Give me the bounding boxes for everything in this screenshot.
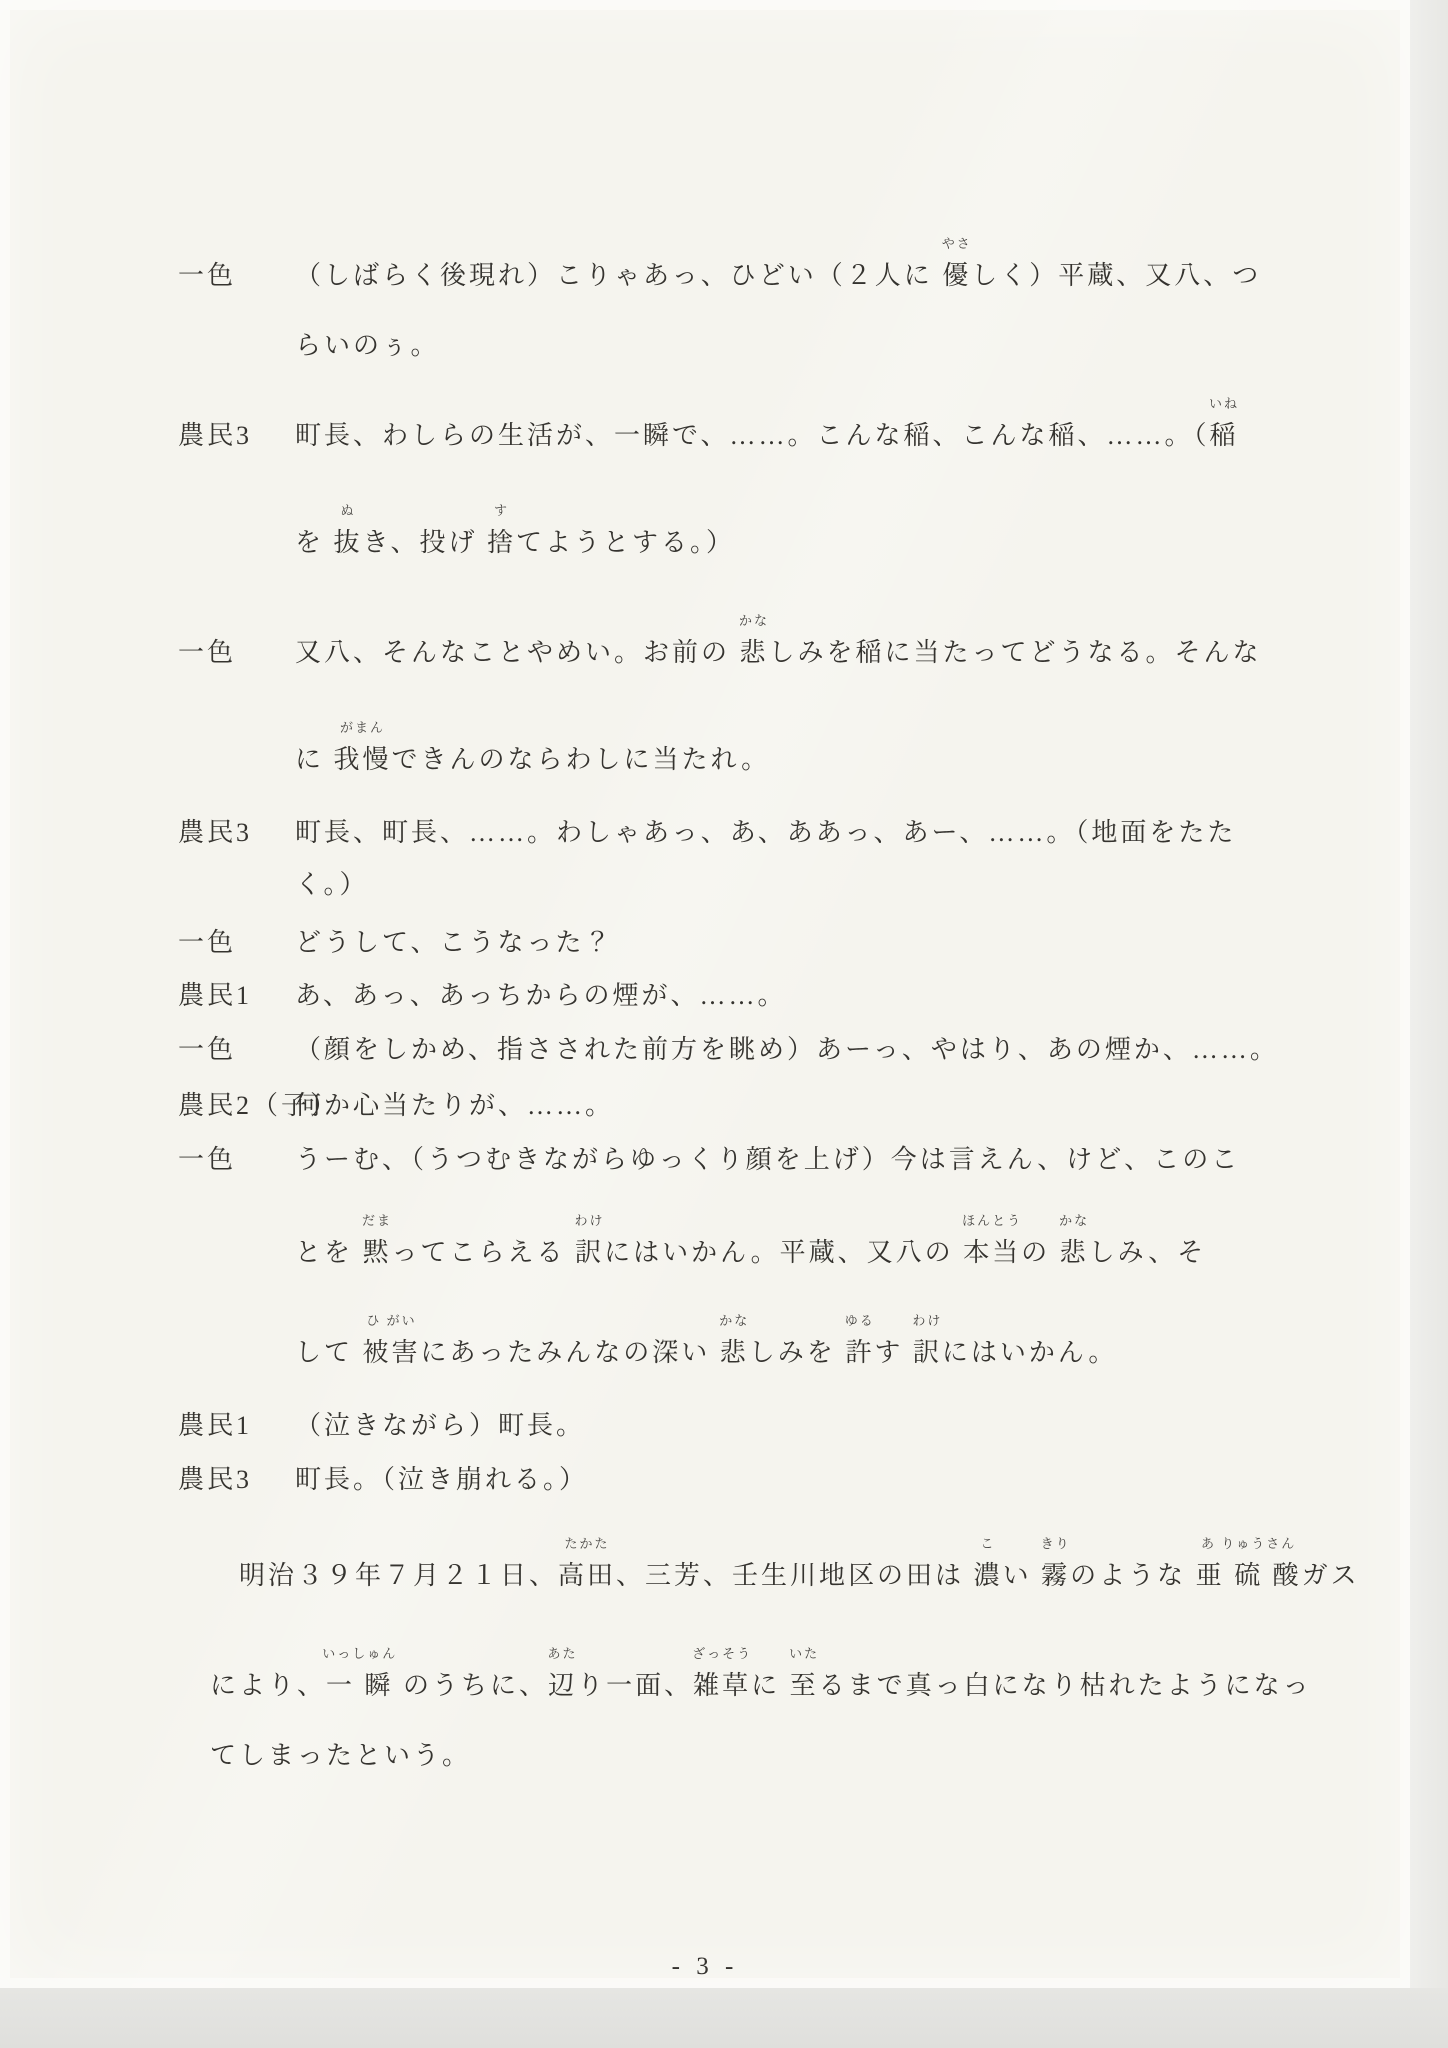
ruby-base: 抜ぬ — [334, 526, 363, 560]
speaker-name: 一色 — [178, 1033, 236, 1067]
furigana: かな — [1059, 1214, 1089, 1227]
scanned-script-page: 一色（しばらく後現れ）こりゃあっ、ひどい（２人に 優やさしく）平蔵、又八、つらい… — [0, 0, 1448, 2048]
furigana: す — [494, 504, 509, 517]
continuation-line: を 抜ぬき、投げ 捨すてようとする。） — [0, 526, 1400, 560]
line-text: により、一 瞬いっしゅん のうちに、辺あたり一面、雑草ざっそうに 至いたるまで真… — [210, 1669, 1312, 1703]
ruby-base: 悲かな — [740, 636, 769, 670]
ruby-base: 訳わけ — [913, 1336, 942, 1370]
script-line: 農民3町長、わしらの生活が、一瞬で、……。こんな稲、こんな稲、……。（稲いね — [0, 419, 1400, 453]
narration-line: により、一 瞬いっしゅん のうちに、辺あたり一面、雑草ざっそうに 至いたるまで真… — [0, 1669, 1400, 1703]
line-text: を 抜ぬき、投げ 捨すてようとする。） — [295, 526, 735, 560]
furigana: やさ — [942, 237, 972, 250]
ruby-base: 悲かな — [720, 1336, 749, 1370]
line-text: とを 黙だまってこらえる 訳わけにはいかん。平蔵、又八の 本当ほんとうの 悲かな… — [295, 1236, 1206, 1270]
continuation-line: らいのぅ。 — [0, 329, 1400, 363]
furigana: がまん — [340, 721, 385, 734]
narration-line: 明治３９年７月２１日、高田たかた、三芳、壬生川地区の田は 濃こい 霧きりのような… — [0, 1559, 1400, 1593]
script-line: 一色（顔をしかめ、指さされた前方を眺め）あーっ、やはり、あの煙か、……。 — [0, 1033, 1400, 1067]
continuation-line: く。） — [0, 868, 1400, 902]
line-text: （泣きながら）町長。 — [295, 1409, 585, 1443]
speaker-name: 一色 — [178, 926, 236, 960]
speaker-name: 一色 — [178, 259, 236, 293]
line-text: 又八、そんなことやめい。お前の 悲かなしみを稲に当たってどうなる。そんな — [295, 636, 1262, 670]
narration-line: てしまったという。 — [0, 1739, 1400, 1773]
ruby-base: 濃こ — [974, 1559, 1003, 1593]
speaker-name: 農民1 — [178, 1409, 252, 1443]
script-line: 農民3町長。（泣き崩れる。） — [0, 1463, 1400, 1497]
line-text: 明治３９年７月２１日、高田たかた、三芳、壬生川地区の田は 濃こい 霧きりのような… — [210, 1559, 1360, 1593]
furigana: いね — [1209, 397, 1239, 410]
line-text: く。） — [295, 868, 368, 902]
furigana: あた — [548, 1647, 578, 1660]
line-text: （しばらく後現れ）こりゃあっ、ひどい（２人に 優やさしく）平蔵、又八、つ — [295, 259, 1261, 293]
line-text: らいのぅ。 — [295, 329, 439, 363]
speaker-name: 農民1 — [178, 979, 252, 1013]
ruby-base: 辺あた — [548, 1669, 577, 1703]
line-text: どうして、こうなった？ — [295, 926, 613, 960]
furigana: わけ — [575, 1214, 605, 1227]
continuation-line: して 被害ひ がいにあったみんなの深い 悲かなしみを 許ゆるす 訳わけにはいかん… — [0, 1336, 1400, 1370]
ruby-base: 悲かな — [1060, 1236, 1089, 1270]
ruby-base: 黙だま — [363, 1236, 392, 1270]
line-text: に 我慢がまんできんのならわしに当たれ。 — [295, 743, 770, 777]
line-text: 町長、町長、……。わしゃあっ、あ、ああっ、あー、……。（地面をたた — [295, 816, 1236, 850]
scan-edge-bottom — [0, 1988, 1448, 2048]
ruby-base: 至いた — [790, 1669, 819, 1703]
ruby-base: 我慢がまん — [334, 743, 392, 777]
furigana: だま — [362, 1214, 392, 1227]
furigana: ゆる — [845, 1314, 875, 1327]
ruby-base: 一 瞬いっしゅん — [326, 1669, 394, 1703]
line-text: 町長、わしらの生活が、一瞬で、……。こんな稲、こんな稲、……。（稲いね — [295, 419, 1239, 453]
line-text: てしまったという。 — [210, 1739, 471, 1773]
script-line: 一色（しばらく後現れ）こりゃあっ、ひどい（２人に 優やさしく）平蔵、又八、つ — [0, 259, 1400, 293]
furigana: いた — [789, 1647, 819, 1660]
speaker-name: 農民3 — [178, 1463, 252, 1497]
continuation-line: に 我慢がまんできんのならわしに当たれ。 — [0, 743, 1400, 777]
furigana: かな — [739, 614, 769, 627]
furigana: ひ がい — [366, 1314, 416, 1327]
furigana: わけ — [912, 1314, 942, 1327]
speaker-name: 一色 — [178, 1143, 236, 1177]
line-text: うーむ、（うつむきながらゆっくり顔を上げ）今は言えん、けど、このこ — [295, 1143, 1240, 1177]
continuation-line: とを 黙だまってこらえる 訳わけにはいかん。平蔵、又八の 本当ほんとうの 悲かな… — [0, 1236, 1400, 1270]
furigana: いっしゅん — [322, 1647, 397, 1660]
scan-edge-right — [1410, 0, 1448, 1988]
script-line: 農民1（泣きながら）町長。 — [0, 1409, 1400, 1443]
ruby-base: 雑草ざっそう — [693, 1669, 751, 1703]
furigana: ほんとう — [962, 1214, 1022, 1227]
line-text: 何か心当たりが、……。 — [295, 1089, 614, 1123]
line-text: して 被害ひ がいにあったみんなの深い 悲かなしみを 許ゆるす 訳わけにはいかん… — [295, 1336, 1117, 1370]
line-text: 町長。（泣き崩れる。） — [295, 1463, 588, 1497]
line-text: あ、あっ、あっちからの煙が、……。 — [295, 979, 786, 1013]
ruby-base: 許ゆる — [845, 1336, 874, 1370]
script-line: 農民3町長、町長、……。わしゃあっ、あ、ああっ、あー、……。（地面をたた — [0, 816, 1400, 850]
furigana: たかた — [565, 1537, 610, 1550]
ruby-base: 霧きり — [1041, 1559, 1070, 1593]
ruby-base: 被害ひ がい — [363, 1336, 421, 1370]
ruby-base: 訳わけ — [575, 1236, 604, 1270]
ruby-base: 稲いね — [1209, 419, 1238, 453]
line-text: （顔をしかめ、指さされた前方を眺め）あーっ、やはり、あの煙か、……。 — [295, 1033, 1279, 1067]
ruby-base: 優やさ — [942, 259, 971, 293]
ruby-base: 本当ほんとう — [963, 1236, 1021, 1270]
speaker-name: 農民3 — [178, 816, 252, 850]
furigana: あ りゅうさん — [1201, 1537, 1296, 1550]
ruby-base: 高田たかた — [558, 1559, 616, 1593]
script-line: 一色又八、そんなことやめい。お前の 悲かなしみを稲に当たってどうなる。そんな — [0, 636, 1400, 670]
ruby-base: 亜 硫 酸あ りゅうさん — [1196, 1559, 1302, 1593]
script-line: 農民1あ、あっ、あっちからの煙が、……。 — [0, 979, 1400, 1013]
paper: 一色（しばらく後現れ）こりゃあっ、ひどい（２人に 優やさしく）平蔵、又八、つらい… — [0, 0, 1410, 1988]
ruby-base: 捨す — [487, 526, 516, 560]
furigana: ざっそう — [692, 1647, 752, 1660]
script-line: 一色どうして、こうなった？ — [0, 926, 1400, 960]
furigana: かな — [719, 1314, 749, 1327]
script-line: 農民2（子）何か心当たりが、……。 — [0, 1089, 1400, 1123]
furigana: こ — [981, 1537, 996, 1550]
furigana: ぬ — [341, 504, 356, 517]
speaker-name: 農民3 — [178, 419, 252, 453]
page-number: - 3 - — [0, 1953, 1410, 1981]
furigana: きり — [1041, 1537, 1071, 1550]
script-line: 一色うーむ、（うつむきながらゆっくり顔を上げ）今は言えん、けど、このこ — [0, 1143, 1400, 1177]
speaker-name: 一色 — [178, 636, 236, 670]
